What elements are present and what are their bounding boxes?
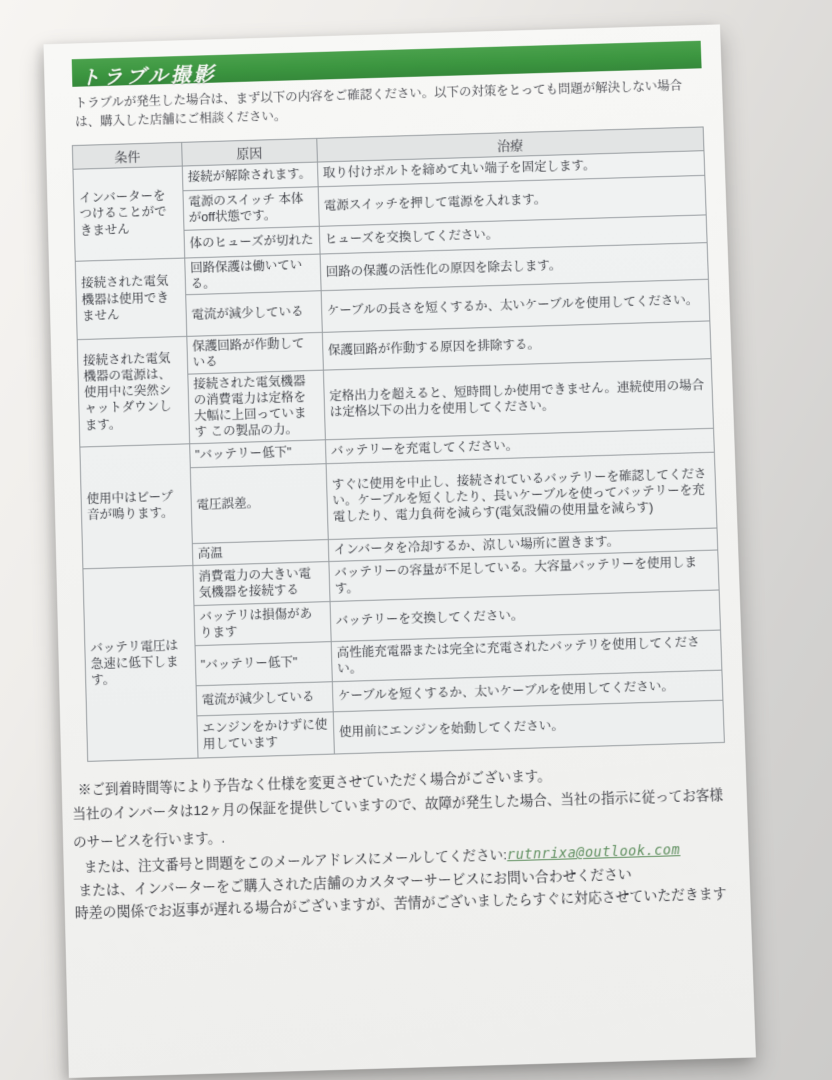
condition-cell: インバーターをつけることができません bbox=[73, 166, 185, 261]
cause-cell: 消費電力の大きい電気機器を接続する bbox=[193, 561, 330, 605]
condition-cell: 接続された電気機器は使用できません bbox=[75, 258, 186, 340]
condition-cell: 使用中はビープ音が鳴ります。 bbox=[80, 443, 193, 568]
condition-cell: 接続された電気機器の電源は、使用中に突然シャットダウンします。 bbox=[77, 336, 189, 446]
cause-cell: 電圧誤差。 bbox=[190, 463, 328, 543]
condition-cell: バッテリ電圧は急速に低下します。 bbox=[83, 565, 198, 761]
photo-background: トラブル撮影 トラブルが発生した場合は、まず以下の内容をご確認ください。以下の対… bbox=[0, 0, 832, 1080]
document-paper: トラブル撮影 トラブルが発生した場合は、まず以下の内容をご確認ください。以下の対… bbox=[44, 24, 756, 1078]
cause-cell: 保護回路が作動している bbox=[187, 332, 323, 373]
cause-cell: 体のヒューズが切れた bbox=[184, 226, 320, 258]
treatment-cell: 定格出力を超えると、短時間しか使用できません。連続使用の場合は定格以下の出力を使… bbox=[323, 358, 713, 439]
cause-cell: 電流が減少している bbox=[186, 291, 322, 337]
cause-cell: "バッテリー低下" bbox=[195, 641, 332, 685]
col-header-condition: 条件 bbox=[72, 142, 182, 169]
treatment-cell: すぐに使用を中止し、接続されているバッテリーを確認してください。ケーブルを短くし… bbox=[326, 452, 717, 539]
cause-cell: バッテリは損傷があります bbox=[194, 601, 331, 645]
cause-cell: 接続された電気機器の消費電力は定格を大幅に上回っています この製品の力。 bbox=[188, 370, 325, 444]
page-title: トラブル撮影 bbox=[72, 57, 217, 90]
cause-cell: 電流が減少している bbox=[196, 681, 333, 715]
email-address: rutnrixa@outlook.com bbox=[507, 842, 681, 863]
cause-cell: 電源のスイッチ 本体がoff状態です。 bbox=[183, 186, 319, 230]
troubleshooting-table: 条件 原因 治療 インバーターをつけることができません 接続が解除されます。 取… bbox=[72, 126, 725, 761]
cause-cell: エンジンをかけずに使用しています bbox=[197, 711, 334, 757]
footer-notes: ※ご到着時間等により予告なく仕様を変更させていただく場合がございます。 当社のイ… bbox=[72, 760, 735, 924]
cause-cell: 回路保護は働いている。 bbox=[185, 254, 321, 295]
